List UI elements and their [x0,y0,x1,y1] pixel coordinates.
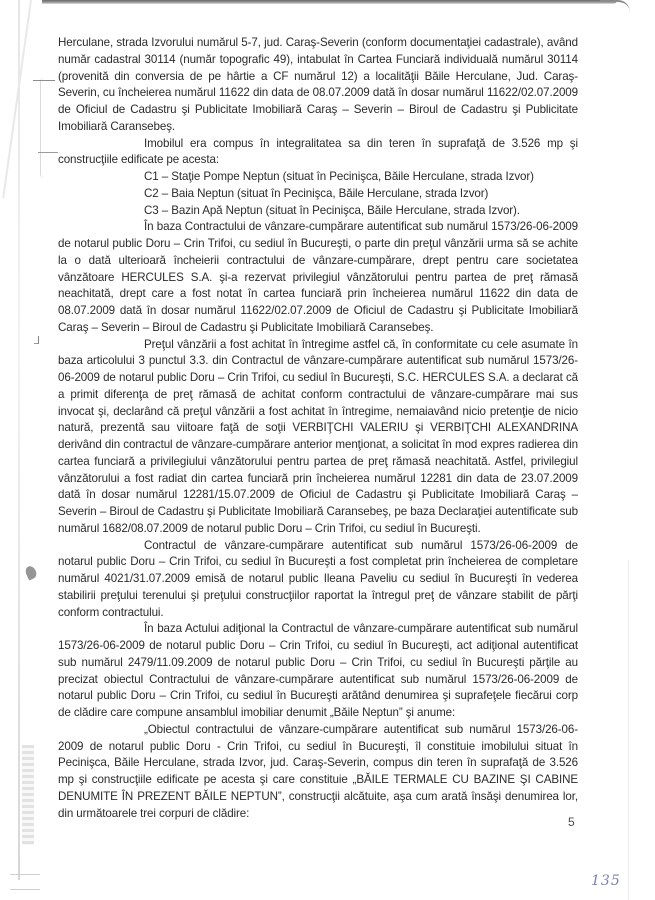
paragraph-contract-completion: Contractul de vânzare-cumpărare autentif… [58,538,578,622]
scan-artifact-line [10,874,40,875]
building-item-c3: C3 – Bazin Apă Neptun (situat în Peciniş… [58,203,578,220]
scan-page-curl [600,0,630,12]
scan-right-shadow [628,560,629,900]
ink-blot-mark [24,564,39,580]
building-item-c1: C1 – Staţie Pompe Neptun (situat în Peci… [58,169,578,186]
punch-hole-mark: ⅃ [34,334,40,347]
scan-artifact-line [10,889,40,890]
scan-margin-shadow [18,0,20,880]
paragraph-property-composition: Imobilul era compus în integralitatea sa… [58,136,578,170]
page-number: 5 [568,815,575,829]
pencil-mark [38,152,58,153]
document-body: Herculane, strada Izvorului numărul 5-7,… [58,35,578,822]
building-item-c2: C2 – Baia Neptun (situat în Pecinişca, B… [58,186,578,203]
handwritten-folio-number: 135 [591,873,621,889]
scan-edge-noise [22,745,34,845]
paragraph-continuation: Herculane, strada Izvorului numărul 5-7,… [58,35,578,136]
paragraph-price-paid: Preţul vânzării a fost achitat în întreg… [58,337,578,538]
scan-top-edge [42,0,617,4]
paragraph-additional-act: În baza Actului adiţional la Contractul … [58,621,578,722]
pencil-mark [33,80,55,81]
paragraph-sale-contract: În baza Contractului de vânzare-cumpărar… [58,219,578,336]
paragraph-contract-object-quote: „Obiectul contractului de vânzare-cumpăr… [58,722,578,823]
